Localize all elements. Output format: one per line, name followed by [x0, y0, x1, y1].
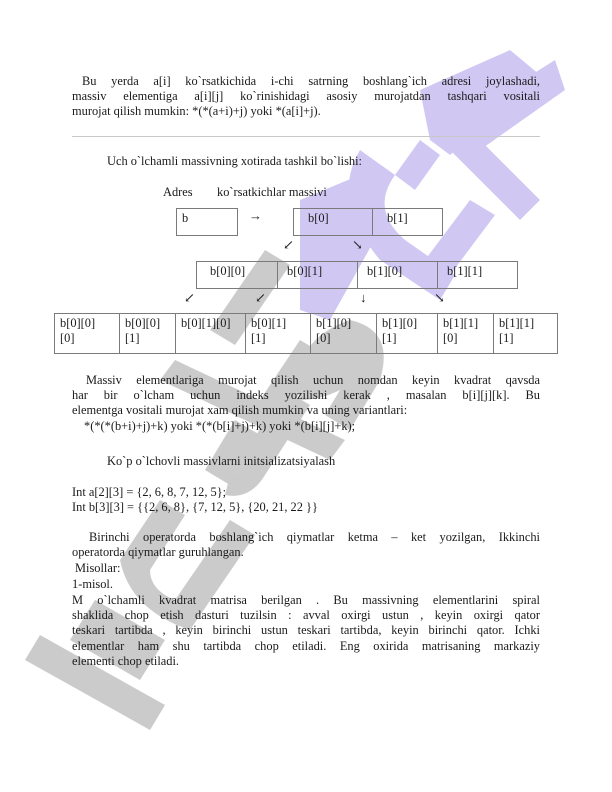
- pointer-array-level1: b[0] b[1]: [293, 208, 443, 236]
- cell-line: b[0][1]: [251, 316, 305, 331]
- cell-line: b[0][0]: [125, 316, 170, 331]
- paragraph-line: operatorda qiymatlar guruhlangan.: [72, 545, 540, 560]
- example-number-label: 1-misol.: [72, 577, 113, 592]
- pointer-array-level2: b[0][0] b[0][1] b[1][0] b[1][1]: [196, 261, 518, 289]
- level3-cell: b[1][1] [1]: [493, 314, 557, 353]
- address-box: b: [176, 208, 238, 236]
- paragraph-line: M o`lchamli kvadrat matrisa berilgan . B…: [72, 593, 540, 608]
- paragraph-line: har bir o`lcham uchun indeks yozilishi k…: [72, 388, 540, 403]
- cell-line: [1]: [499, 331, 552, 346]
- paragraph-line: Bu yerda a[i] ko`rsatkichida i-chi satrn…: [72, 74, 540, 89]
- document-content: Bu yerda a[i] ko`rsatkichida i-chi satrn…: [0, 0, 612, 792]
- cell-line: [1]: [251, 331, 305, 346]
- paragraph-line: massiv elementiga a[i][j] ko`rinishidagi…: [72, 89, 540, 104]
- cell-line: b[1][1]: [443, 316, 488, 331]
- horizontal-divider: [72, 136, 540, 137]
- level1-cell: b[1]: [372, 209, 442, 235]
- document-page: Bu yerda a[i] ko`rsatkichida i-chi satrn…: [0, 0, 612, 792]
- diagram-label-adres: Adres: [163, 185, 193, 200]
- cell-line: [0]: [60, 331, 114, 346]
- level2-cell: b[1][1]: [437, 262, 517, 288]
- level3-cell: b[0][1][0]: [175, 314, 245, 353]
- code-line: Int b[3][3] = {{2, 6, 8}, {7, 12, 5}, {2…: [72, 500, 318, 515]
- example-task-paragraph: M o`lchamli kvadrat matrisa berilgan . B…: [72, 593, 540, 669]
- arrow-down-right-icon: ↘: [352, 238, 363, 251]
- cell-line: b[1][0]: [316, 316, 371, 331]
- arrow-down-icon: ↓: [360, 291, 367, 304]
- level3-cell: b[1][0] [1]: [376, 314, 437, 353]
- section-heading-memory-layout: Uch o`lchamli massivning xotirada tashki…: [107, 154, 362, 169]
- arrow-down-left-icon: ↙: [184, 291, 195, 304]
- level3-cell: b[0][0] [1]: [119, 314, 175, 353]
- level3-cell: b[0][0] [0]: [55, 314, 119, 353]
- element-array-level3: b[0][0] [0] b[0][0] [1] b[0][1][0] b[0][…: [54, 313, 558, 354]
- cell-line: b[0][0]: [60, 316, 114, 331]
- paragraph-line: murojat qilish mumkin: *(*(a+i)+j) yoki …: [72, 104, 540, 119]
- level1-cell: b[0]: [294, 209, 372, 235]
- cell-line: [0]: [443, 331, 488, 346]
- cell-line: [1]: [125, 331, 170, 346]
- access-paragraph: Massiv elementlariga murojat qilish uchu…: [72, 373, 540, 434]
- paragraph-line: elementlar ham shu tartibda chop etiladi…: [72, 639, 540, 654]
- level3-cell: b[1][1] [0]: [437, 314, 493, 353]
- cell-line: [1]: [382, 331, 432, 346]
- paragraph-line: elementi chop etiladi.: [72, 654, 540, 669]
- cell-line: b[1][0]: [382, 316, 432, 331]
- level2-cell: b[1][0]: [357, 262, 437, 288]
- diagram-label-pointer-array: ko`rsatkichlar massivi: [217, 185, 327, 200]
- section-heading-initialization: Ko`p o`lchovli massivlarni initsializats…: [107, 454, 335, 469]
- intro-paragraph: Bu yerda a[i] ko`rsatkichida i-chi satrn…: [72, 74, 540, 120]
- level2-cell: b[0][0]: [197, 262, 277, 288]
- cell-line: [0]: [316, 331, 371, 346]
- paragraph-line: shaklida chop etish dasturi tuzilsin : a…: [72, 608, 540, 623]
- paragraph-line: teskari tartibda , keyin birinchi ustun …: [72, 623, 540, 638]
- examples-label: Misollar:: [75, 561, 120, 576]
- paragraph-line: *(*(*(b+i)+j)+k) yoki *(*(b[i]+j)+k) yok…: [72, 419, 540, 434]
- right-arrow-icon: →: [249, 209, 262, 222]
- arrow-down-right-icon: ↘: [434, 291, 445, 304]
- level3-cell: b[0][1] [1]: [245, 314, 310, 353]
- arrow-down-left-icon: ↙: [283, 238, 294, 251]
- code-line: Int a[2][3] = {2, 6, 8, 7, 12, 5};: [72, 485, 226, 500]
- cell-line: b[1][1]: [499, 316, 552, 331]
- arrow-down-left-icon: ↙: [255, 291, 266, 304]
- explanation-paragraph: Birinchi operatorda boshlang`ich qiymatl…: [72, 530, 540, 560]
- level3-cell: b[1][0] [0]: [310, 314, 376, 353]
- level2-cell: b[0][1]: [277, 262, 357, 288]
- address-cell: b: [177, 209, 193, 228]
- cell-line: b[0][1][0]: [181, 316, 240, 331]
- paragraph-line: elementga vositali murojat xam qilish mu…: [72, 403, 540, 418]
- paragraph-line: Birinchi operatorda boshlang`ich qiymatl…: [72, 530, 540, 545]
- paragraph-line: Massiv elementlariga murojat qilish uchu…: [72, 373, 540, 388]
